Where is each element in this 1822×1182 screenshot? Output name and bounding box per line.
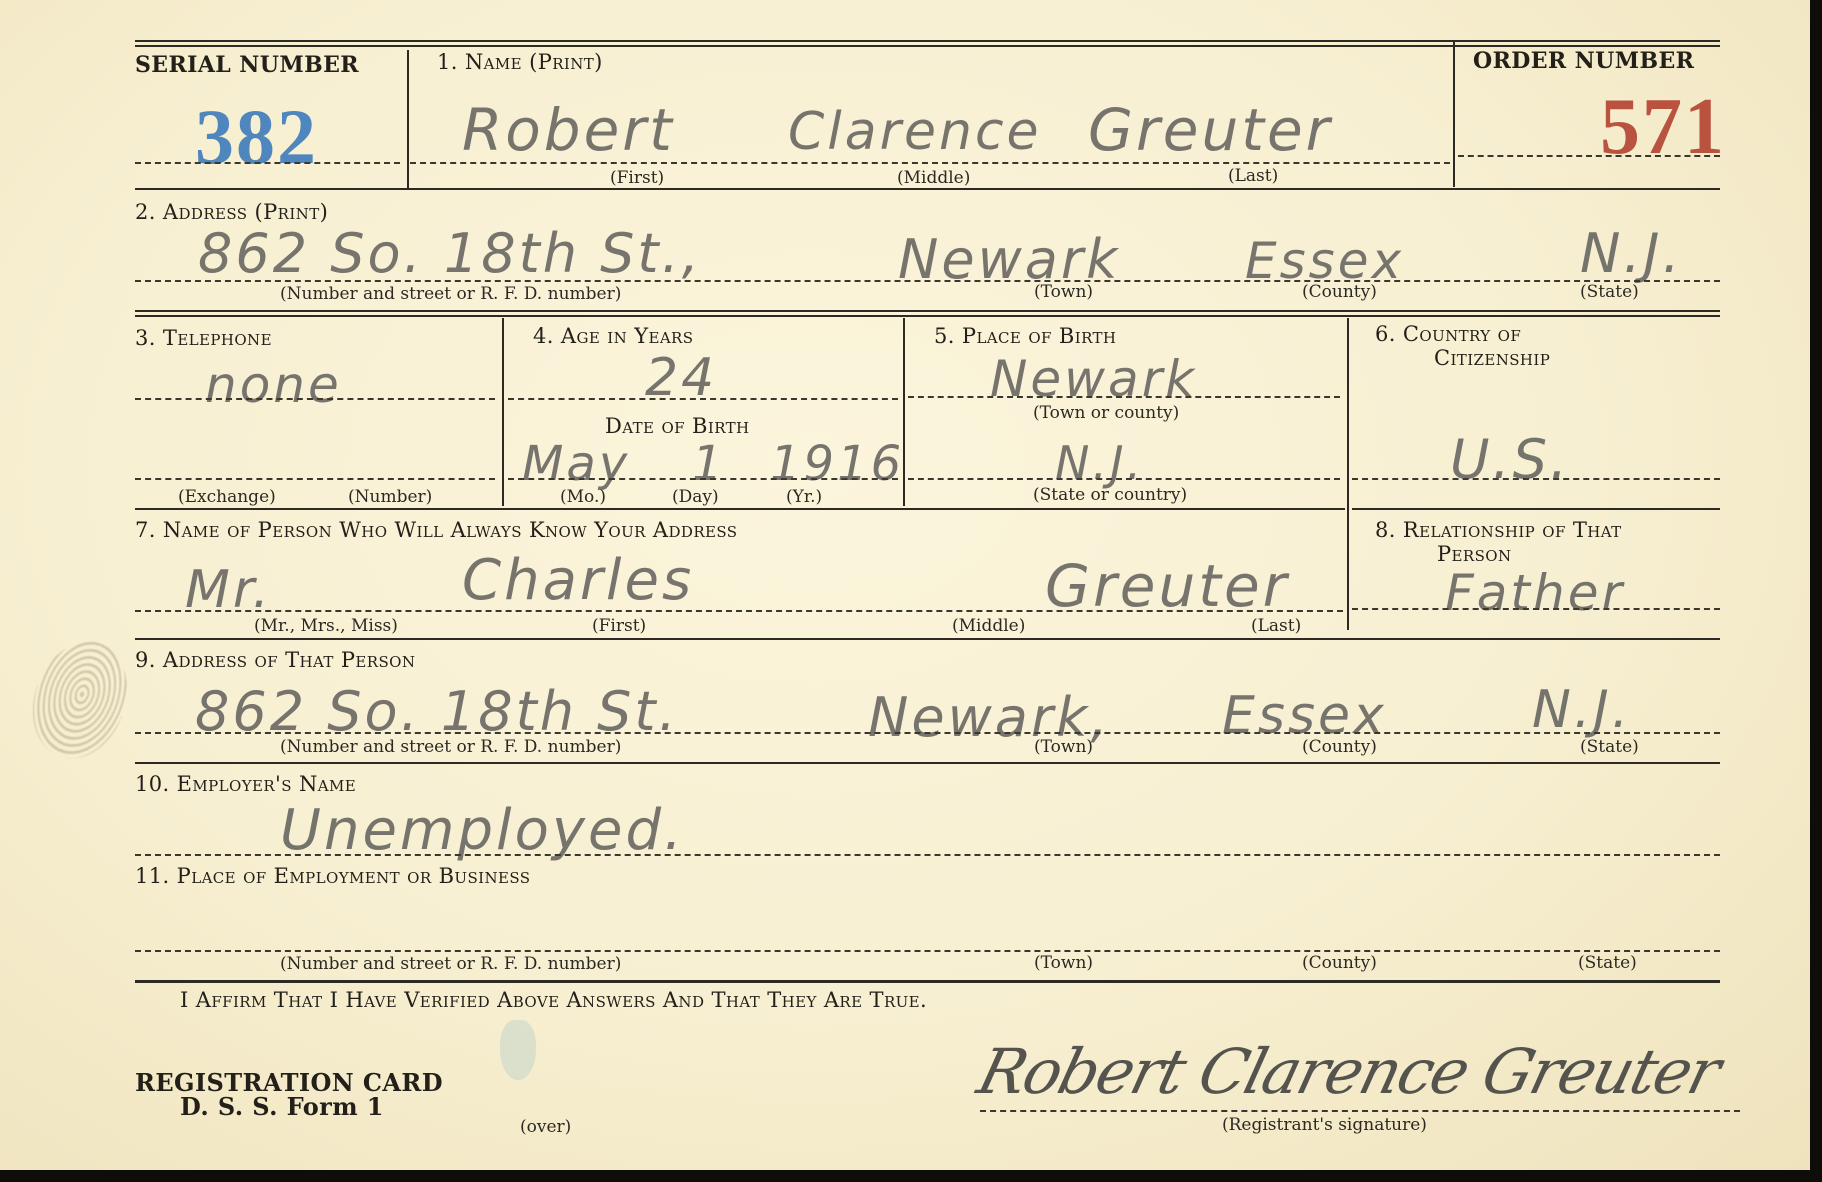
rule <box>135 188 1720 190</box>
serial-number-line <box>135 162 400 164</box>
contact-first-sublabel: (First) <box>592 616 646 636</box>
name-first-sublabel: (First) <box>610 168 664 188</box>
contact-line <box>135 610 1343 612</box>
registration-card: SERIAL NUMBER 382 1. Name (Print) Robert… <box>0 0 1810 1170</box>
relationship-line <box>1352 608 1720 610</box>
birth-town-sublabel: (Town or county) <box>1033 403 1179 423</box>
age-line <box>508 398 898 400</box>
signature-line <box>980 1110 1740 1112</box>
name-middle: Clarence <box>788 102 1042 162</box>
address-state-sublabel: (State) <box>1580 282 1639 302</box>
contact-address-town-sublabel: (Town) <box>1034 737 1093 757</box>
employer-line <box>135 854 1720 856</box>
divider <box>502 318 504 506</box>
rule <box>135 508 1345 510</box>
q1-name-label: 1. Name (Print) <box>437 50 603 74</box>
telephone-value: none <box>205 356 342 414</box>
rule <box>135 310 1720 312</box>
name-line <box>410 162 1450 164</box>
birth-town-line <box>908 396 1340 398</box>
citizenship-line <box>1352 478 1720 480</box>
employment-town-sublabel: (Town) <box>1034 953 1093 973</box>
contact-address-state: N.J. <box>1532 680 1631 740</box>
telephone-line <box>135 398 495 400</box>
address-street-sublabel: (Number and street or R. F. D. number) <box>280 284 621 304</box>
contact-title-sublabel: (Mr., Mrs., Miss) <box>254 616 398 636</box>
employment-county-sublabel: (County) <box>1302 953 1377 973</box>
over-label: (over) <box>520 1117 571 1137</box>
birth-state-sublabel: (State or country) <box>1033 485 1187 505</box>
divider <box>1347 318 1349 630</box>
employment-state-sublabel: (State) <box>1578 953 1637 973</box>
divider <box>1453 42 1455 187</box>
rule <box>135 762 1720 764</box>
name-last-sublabel: (Last) <box>1228 166 1278 186</box>
q10-employer-label: 10. Employer's Name <box>135 772 356 796</box>
telephone-number-sublabel: (Number) <box>348 487 432 507</box>
dob-label: Date of Birth <box>605 414 750 438</box>
contact-address-state-sublabel: (State) <box>1580 737 1639 757</box>
contact-address-line <box>135 732 1720 734</box>
birth-town: Newark <box>990 350 1197 408</box>
form-id: D. S. S. Form 1 <box>180 1092 384 1121</box>
rule <box>135 980 1720 983</box>
birth-state-line <box>908 478 1340 480</box>
order-number-stamp: 571 <box>1600 82 1726 173</box>
dob-year: 1916 <box>770 436 904 492</box>
signature-sublabel: (Registrant's signature) <box>1222 1115 1427 1135</box>
top-rule <box>135 40 1720 42</box>
contact-last-sublabel: (Last) <box>1251 616 1301 636</box>
telephone-exchange-sublabel: (Exchange) <box>178 487 276 507</box>
scan-edge-bottom <box>0 1170 1822 1182</box>
contact-address-county-sublabel: (County) <box>1302 737 1377 757</box>
stain <box>500 1020 536 1080</box>
rule <box>135 638 1720 640</box>
rule <box>1352 508 1720 510</box>
q9-contact-address-label: 9. Address of That Person <box>135 648 415 672</box>
q8-relationship-label-1: 8. Relationship of That <box>1375 518 1622 542</box>
citizenship-value: U.S. <box>1450 428 1570 491</box>
contact-address-street-sublabel: (Number and street or R. F. D. number) <box>280 737 621 757</box>
name-first: Robert <box>462 96 675 164</box>
q6-citizenship-label-2: Citizenship <box>1434 346 1550 370</box>
serial-number-label: SERIAL NUMBER <box>135 52 359 78</box>
q8-relationship-label-2: Person <box>1437 542 1511 566</box>
q5-birthplace-label: 5. Place of Birth <box>934 324 1116 348</box>
divider <box>407 50 409 190</box>
dob-line <box>508 478 898 480</box>
address-street: 862 So. 18th St., <box>198 222 702 285</box>
dob-month-sublabel: (Mo.) <box>560 487 606 507</box>
order-number-line <box>1458 155 1720 157</box>
affirmation-text: I Affirm That I Have Verified Above Answ… <box>180 988 927 1012</box>
name-last: Greuter <box>1088 96 1333 164</box>
relationship-value: Father <box>1445 564 1625 622</box>
order-number-label: ORDER NUMBER <box>1473 48 1694 74</box>
q4-age-label: 4. Age in Years <box>533 324 693 348</box>
dob-month: May <box>522 436 630 492</box>
employment-line <box>135 950 1720 952</box>
name-middle-sublabel: (Middle) <box>897 168 970 188</box>
q7-contact-label: 7. Name of Person Who Will Always Know Y… <box>135 518 737 542</box>
q2-address-label: 2. Address (Print) <box>135 200 328 224</box>
employment-street-sublabel: (Number and street or R. F. D. number) <box>280 954 621 974</box>
q11-employment-label: 11. Place of Employment or Business <box>135 864 530 888</box>
fingerprint-smudge <box>17 628 143 772</box>
contact-middle-sublabel: (Middle) <box>952 616 1025 636</box>
address-line <box>135 280 1720 282</box>
dob-day-sublabel: (Day) <box>672 487 719 507</box>
address-town-sublabel: (Town) <box>1034 282 1093 302</box>
serial-number-stamp: 382 <box>195 92 318 182</box>
registrant-signature: Robert Clarence Greuter <box>971 1035 1726 1108</box>
address-state: N.J. <box>1580 222 1683 285</box>
dob-day: 1 <box>692 436 726 492</box>
contact-first: Charles <box>462 548 694 613</box>
dob-year-sublabel: (Yr.) <box>786 487 822 507</box>
q6-citizenship-label-1: 6. Country of <box>1375 322 1521 346</box>
q3-telephone-label: 3. Telephone <box>135 326 272 350</box>
birth-state: N.J. <box>1055 436 1144 490</box>
telephone-line-2 <box>135 478 495 480</box>
scan-edge-right <box>1810 0 1822 1182</box>
address-county-sublabel: (County) <box>1302 282 1377 302</box>
